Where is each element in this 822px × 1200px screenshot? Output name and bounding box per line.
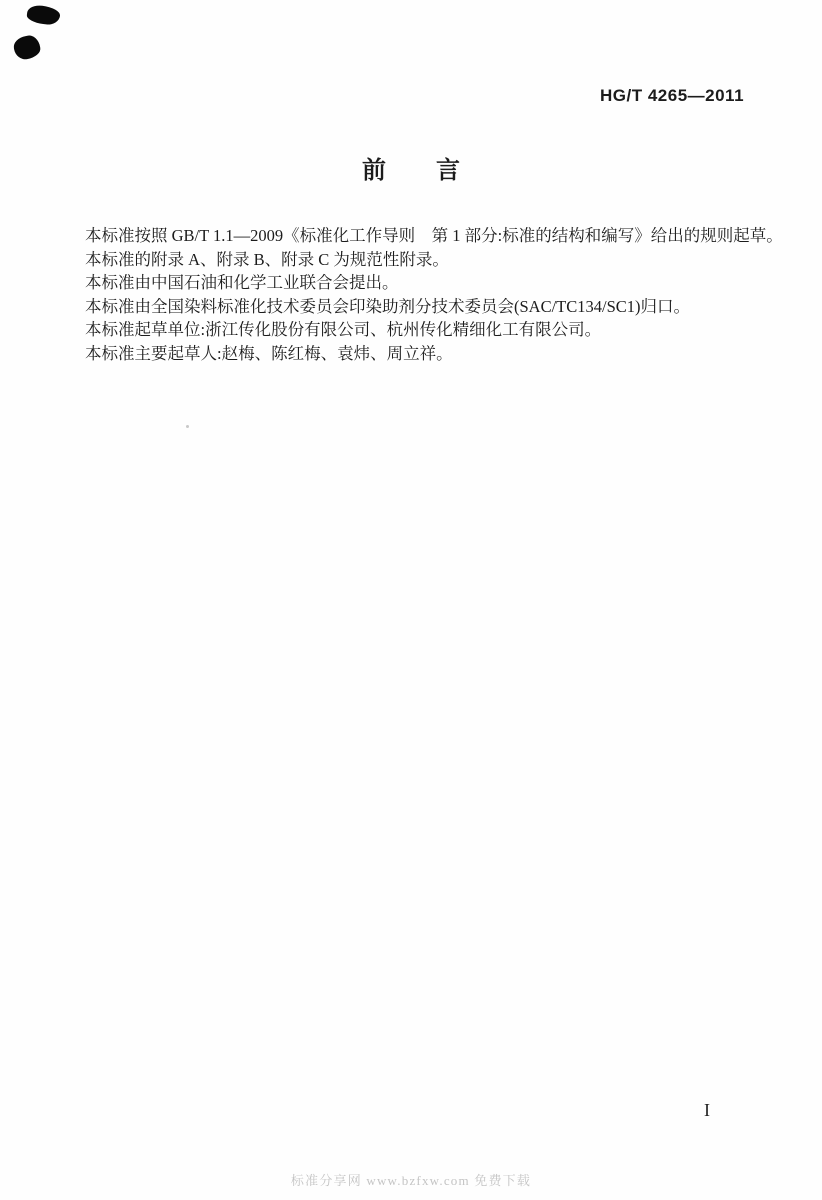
watermark-text: 标准分享网 www.bzfxw.com 免费下载 [0, 1170, 822, 1189]
standard-code: HG/T 4265—2011 [600, 86, 744, 106]
page-title: 前 言 [0, 157, 822, 186]
foreword-paragraph: 本标准起草单位:浙江传化股份有限公司、杭州传化精细化工有限公司。 [85, 318, 783, 342]
foreword-paragraph: 本标准由全国染料标准化技术委员会印染助剂分技术委员会(SAC/TC134/SC1… [85, 295, 783, 319]
ink-blot-artifact-2 [12, 34, 42, 61]
ink-blot-artifact-1 [26, 4, 61, 26]
foreword-body: 本标准按照 GB/T 1.1—2009《标准化工作导则 第 1 部分:标准的结构… [85, 224, 783, 366]
document-page: HG/T 4265—2011 前 言 本标准按照 GB/T 1.1—2009《标… [0, 0, 822, 1200]
foreword-paragraph: 本标准由中国石油和化学工业联合会提出。 [85, 271, 783, 295]
foreword-paragraph: 本标准的附录 A、附录 B、附录 C 为规范性附录。 [85, 248, 783, 272]
page-title-char-left: 前 [362, 157, 386, 186]
foreword-paragraph: 本标准按照 GB/T 1.1—2009《标准化工作导则 第 1 部分:标准的结构… [85, 224, 783, 248]
page-number: I [704, 1100, 710, 1121]
foreword-paragraph: 本标准主要起草人:赵梅、陈红梅、袁炜、周立祥。 [85, 342, 783, 366]
scan-speck-artifact [186, 425, 189, 428]
page-title-char-right: 言 [436, 157, 460, 186]
